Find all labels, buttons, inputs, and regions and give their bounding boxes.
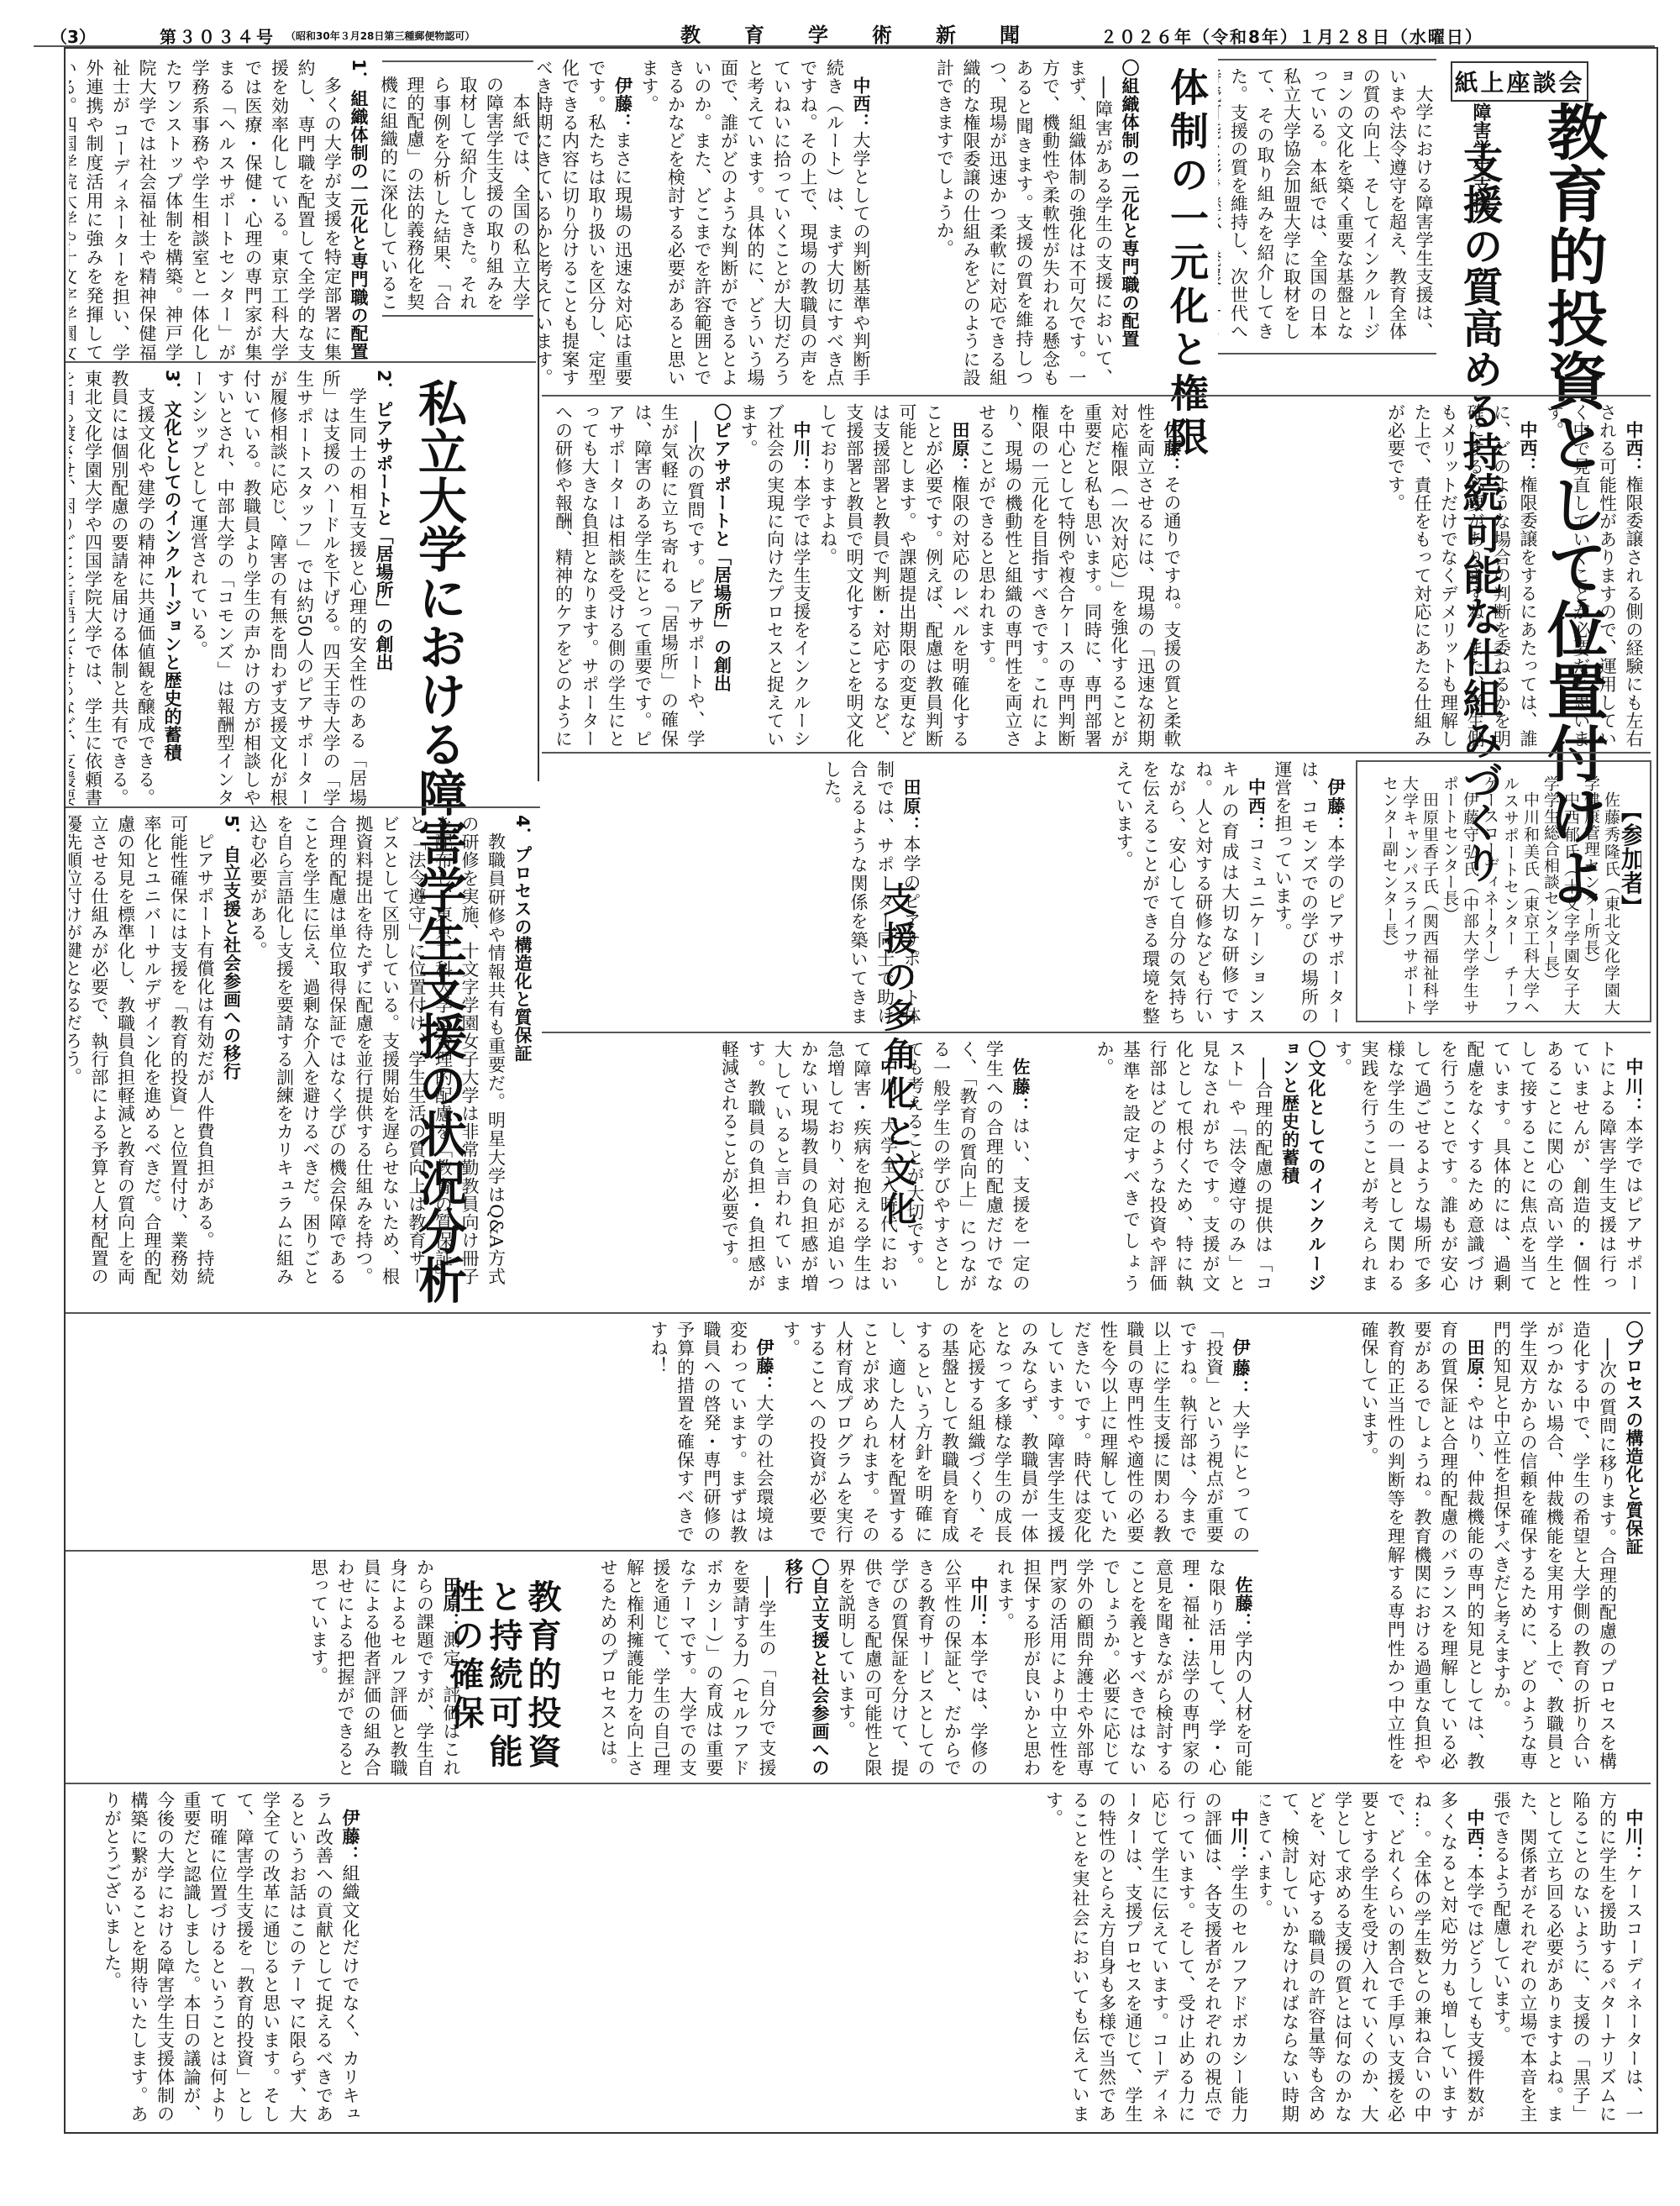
remarks-tier-2-right: 中西：権限委譲される側の経験にも左右される可能性がありますので、運用していく中で…	[1193, 403, 1646, 748]
remarks-tier-2: 佐藤：その通りですね。支援の質と柔軟性を両立させるには、現場の「迅速な初期対応権…	[546, 403, 1184, 748]
question-process: 〇プロセスの構造化と質保証 ──次の質問に移ります。合理的配慮のプロセスを構造化…	[1260, 1321, 1646, 1770]
section-heading-structure: 体制の一元化と権限	[1159, 67, 1215, 460]
remark-nakanishi-1: 中西：大学としての判断基準や判断手続き（ルート）は、まず大切にすべき点ですね。そ…	[538, 59, 874, 386]
remarks-tier-7: 中川：学生のセルフアドボカシー能力の評価は、各支援者がそれぞれの視点で行っていま…	[370, 1791, 1252, 2123]
sidebar-rule-bottom	[382, 315, 533, 317]
participant: 中川和美氏（東京工科大学ヘルスサポートセンター チーフケースコーディネーター）	[1480, 775, 1541, 1016]
participants-list: 【参加者】 佐藤秀隆氏（東北文化学園大学健康管理センター所長） 中西郁氏（十文字…	[1366, 775, 1641, 1016]
sidebar-section-1: 1．組織体制の一元化と専門職の配置 多くの大学が支援を特定部署に集約し、専門職を…	[69, 59, 371, 361]
remarks-tier-5: 伊藤：大学にとっての「投資」という視点が重要ですね。執行部は、今まで以上に学生支…	[69, 1321, 1253, 1543]
sidebar-section-2: 2．ピアサポートと「居場所」の創出 学生同士の相互支援と心理的安全性のある「居場…	[69, 370, 396, 806]
tier-rule-5	[66, 1550, 1258, 1552]
participant: 佐藤秀隆氏（東北文化学園大学健康管理センター所長）	[1581, 775, 1621, 1016]
remarks-tier-3-left: 田原：本学のピアサポート体制では、サポーター同士で助け合えるような関係を築いてき…	[546, 760, 924, 1025]
postal-permit: （昭和30年３月28日第三種郵便物認可）	[286, 29, 475, 43]
remarks-tier-6: 佐藤：学内の人材を可能な限り活用して、学・心理・福祉・法学の専門家の意見を聞きな…	[571, 1558, 1256, 1777]
participant: 田原里香子氏（関西福祉科学大学キャンパスライフサポートセンター副センター長）	[1379, 775, 1440, 1016]
participants-box: 【参加者】 佐藤秀隆氏（東北文化学園大学健康管理センター所長） 中西郁氏（十文字…	[1356, 760, 1651, 1022]
page-number: （3）	[50, 24, 96, 48]
tier-rule-1-left	[66, 361, 536, 363]
tier-rule-6	[66, 1783, 1651, 1784]
issue-date: ２０２６年（令和8年）１月２８日（水曜日）	[1100, 24, 1483, 48]
tier-rule-2	[542, 752, 1651, 754]
closing-remark: 伊藤：組織文化だけでなく、カリキュラム改善への貢献として捉えるべきであるというお…	[69, 1791, 363, 2123]
participant: 中西郁氏（十文字学園女子大学学生総合相談センター長）	[1541, 775, 1581, 1016]
participant: 伊藤守弘氏（中部大学学生サポートセンター長）	[1440, 775, 1480, 1016]
masthead: （3） 第３０３４号 （昭和30年３月28日第三種郵便物認可） 教育学術新聞 ２…	[34, 24, 1655, 47]
tier-rule-3	[542, 1032, 1651, 1033]
sidebar-divider	[538, 92, 539, 781]
remarks-tier-4: 佐藤：はい、支援を一定の学生への合理的配慮だけでなく、「教育の質向上」につながる…	[546, 1040, 1033, 1292]
sidebar-rule-top	[382, 60, 533, 62]
remarks-tier-4-right: 中川：本学ではピアサポートによる障害学生支援は行っていませんが、創造的・個性ある…	[1042, 1040, 1646, 1292]
remarks-tier-7-right: 中川：ケースコーディネーターは、一方的に学生を援助するパターナリズムに陥ることの…	[1260, 1791, 1646, 2123]
lead-rule-bottom	[1218, 353, 1436, 355]
lead-text: 大学における障害学生支援は、いまや法令遵守を超え、教育全体の質の向上、そしてイン…	[1218, 67, 1436, 340]
tier-rule-1	[542, 395, 1651, 397]
sidebar-section-3: 4．プロセスの構造化と質保証 教職員研修や情報共有も重要だ。明星大学はQ&A方式…	[69, 815, 535, 1285]
section-badge: 紙上座談会	[1451, 61, 1588, 102]
section-heading-investment: 教育的投資と持続可能性の確保	[477, 1579, 561, 1781]
newspaper-title: 教育学術新聞	[680, 18, 1063, 48]
topic-label: 障害学生支援	[1446, 102, 1490, 141]
lead-rule-top	[1218, 59, 1436, 60]
sidebar-intro: 本紙では、全国の私立大学の障害学生支援の取り組みを取材して紹介してきた。それら事…	[378, 76, 533, 311]
issue-number: 第３０３４号	[160, 24, 276, 48]
remarks-tier-3: 伊藤：本学のピアサポーターは、コモンズでの学びの場所の運営を担っています。 中西…	[932, 760, 1348, 1025]
remarks-tier-6-left: 田原：測定・評価はこれからの課題ですが、学生自身によるセルフ評価と教職員による他…	[69, 1558, 464, 1777]
question-org-structure: 〇組織体制の一元化と専門職の配置 ──障害がある学生の支援において、まず、組織体…	[882, 59, 1142, 386]
tier-rule-2-left	[66, 806, 540, 808]
tier-rule-4	[66, 1312, 1651, 1314]
